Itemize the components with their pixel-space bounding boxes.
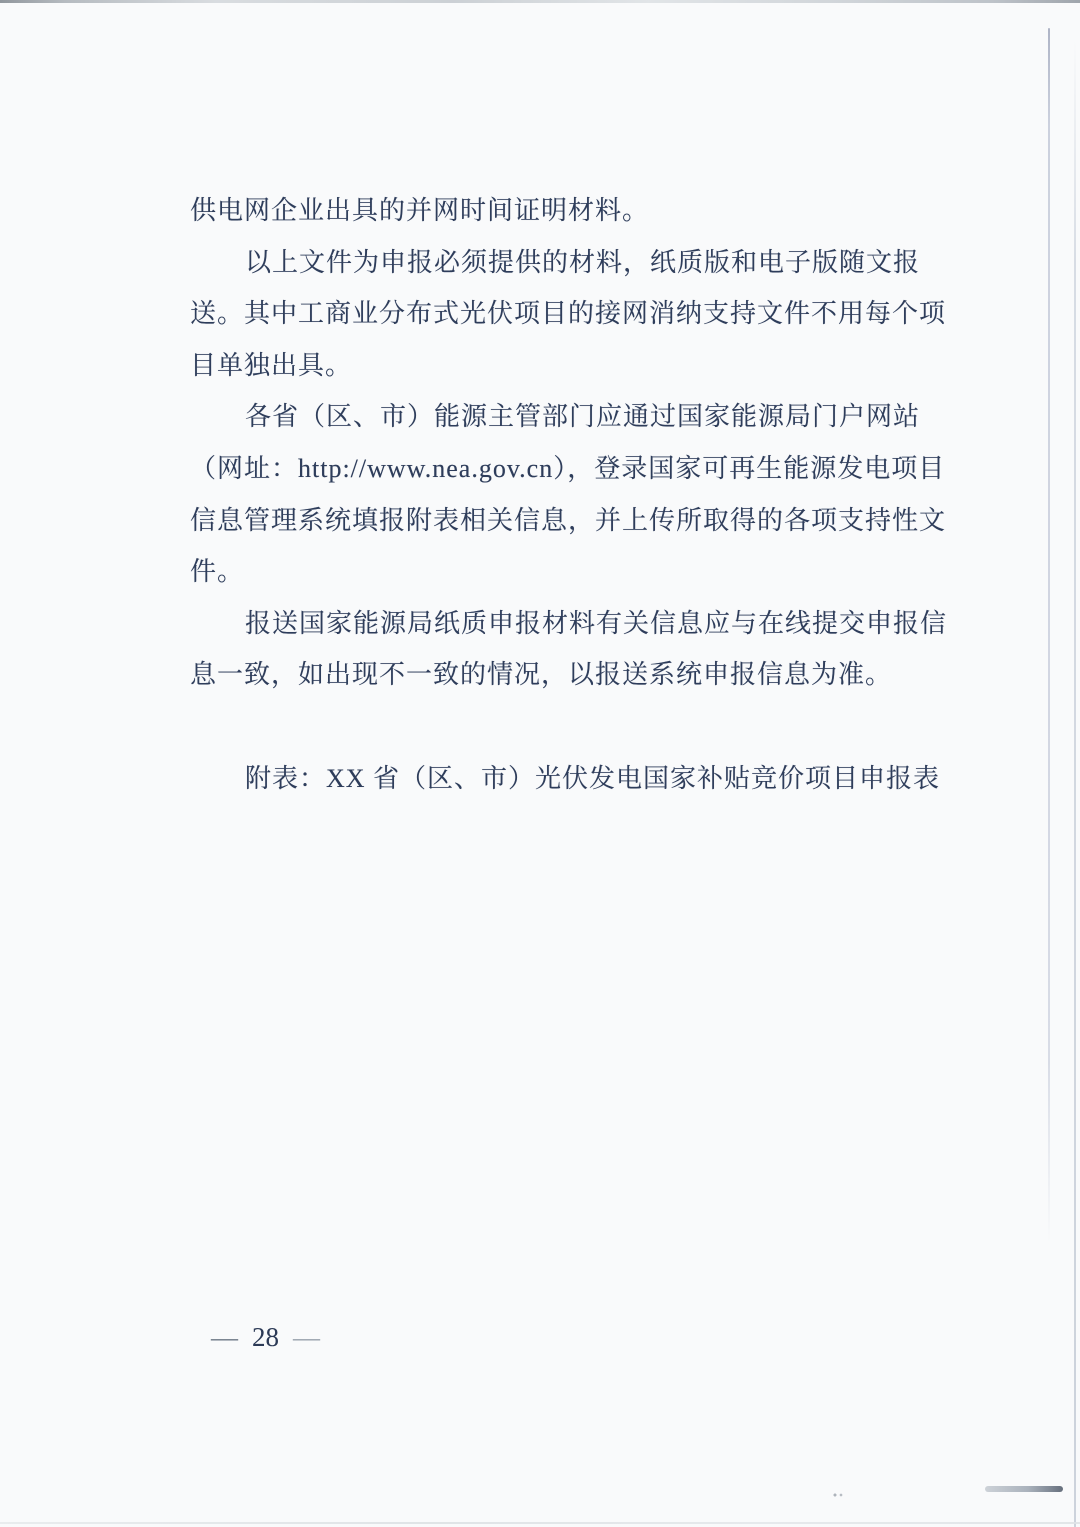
- scan-bottom-dash-mark: [985, 1486, 1063, 1492]
- scan-bottom-specks: [833, 1493, 843, 1497]
- attachment-note: 附表：XX 省（区、市）光伏发电国家补贴竞价项目申报表: [190, 753, 980, 805]
- page-number-value: 28: [252, 1322, 279, 1352]
- scan-top-edge-line: [0, 0, 1080, 3]
- doc-line: 以上文件为申报必须提供的材料，纸质版和电子版随文报: [190, 237, 980, 289]
- doc-line: 送。其中工商业分布式光伏项目的接网消纳支持文件不用每个项: [190, 288, 980, 340]
- doc-line: 各省（区、市）能源主管部门应通过国家能源局门户网站: [190, 391, 980, 443]
- page-number: —28—: [211, 1320, 320, 1354]
- doc-line: 报送国家能源局纸质申报材料有关信息应与在线提交申报信: [190, 598, 980, 650]
- scan-bottom-edge-line: [0, 1522, 1080, 1524]
- doc-line-url: （网址：http://www.nea.gov.cn），登录国家可再生能源发电项目: [190, 443, 980, 495]
- doc-line: 目单独出具。: [190, 340, 980, 392]
- page-number-dash-left: —: [211, 1322, 238, 1352]
- page-number-dash-right: —: [293, 1322, 320, 1352]
- scan-fold-line: [1048, 28, 1050, 1243]
- document-body: 供电网企业出具的并网时间证明材料。 以上文件为申报必须提供的材料，纸质版和电子版…: [190, 185, 980, 804]
- blank-line: [190, 701, 980, 753]
- doc-line: 供电网企业出具的并网时间证明材料。: [190, 185, 980, 237]
- scan-page-right-edge: [1074, 40, 1076, 1527]
- doc-line: 件。: [190, 546, 980, 598]
- scanned-document-page: 供电网企业出具的并网时间证明材料。 以上文件为申报必须提供的材料，纸质版和电子版…: [0, 0, 1080, 1527]
- doc-line: 信息管理系统填报附表相关信息，并上传所取得的各项支持性文: [190, 495, 980, 547]
- doc-line: 息一致，如出现不一致的情况，以报送系统申报信息为准。: [190, 649, 980, 701]
